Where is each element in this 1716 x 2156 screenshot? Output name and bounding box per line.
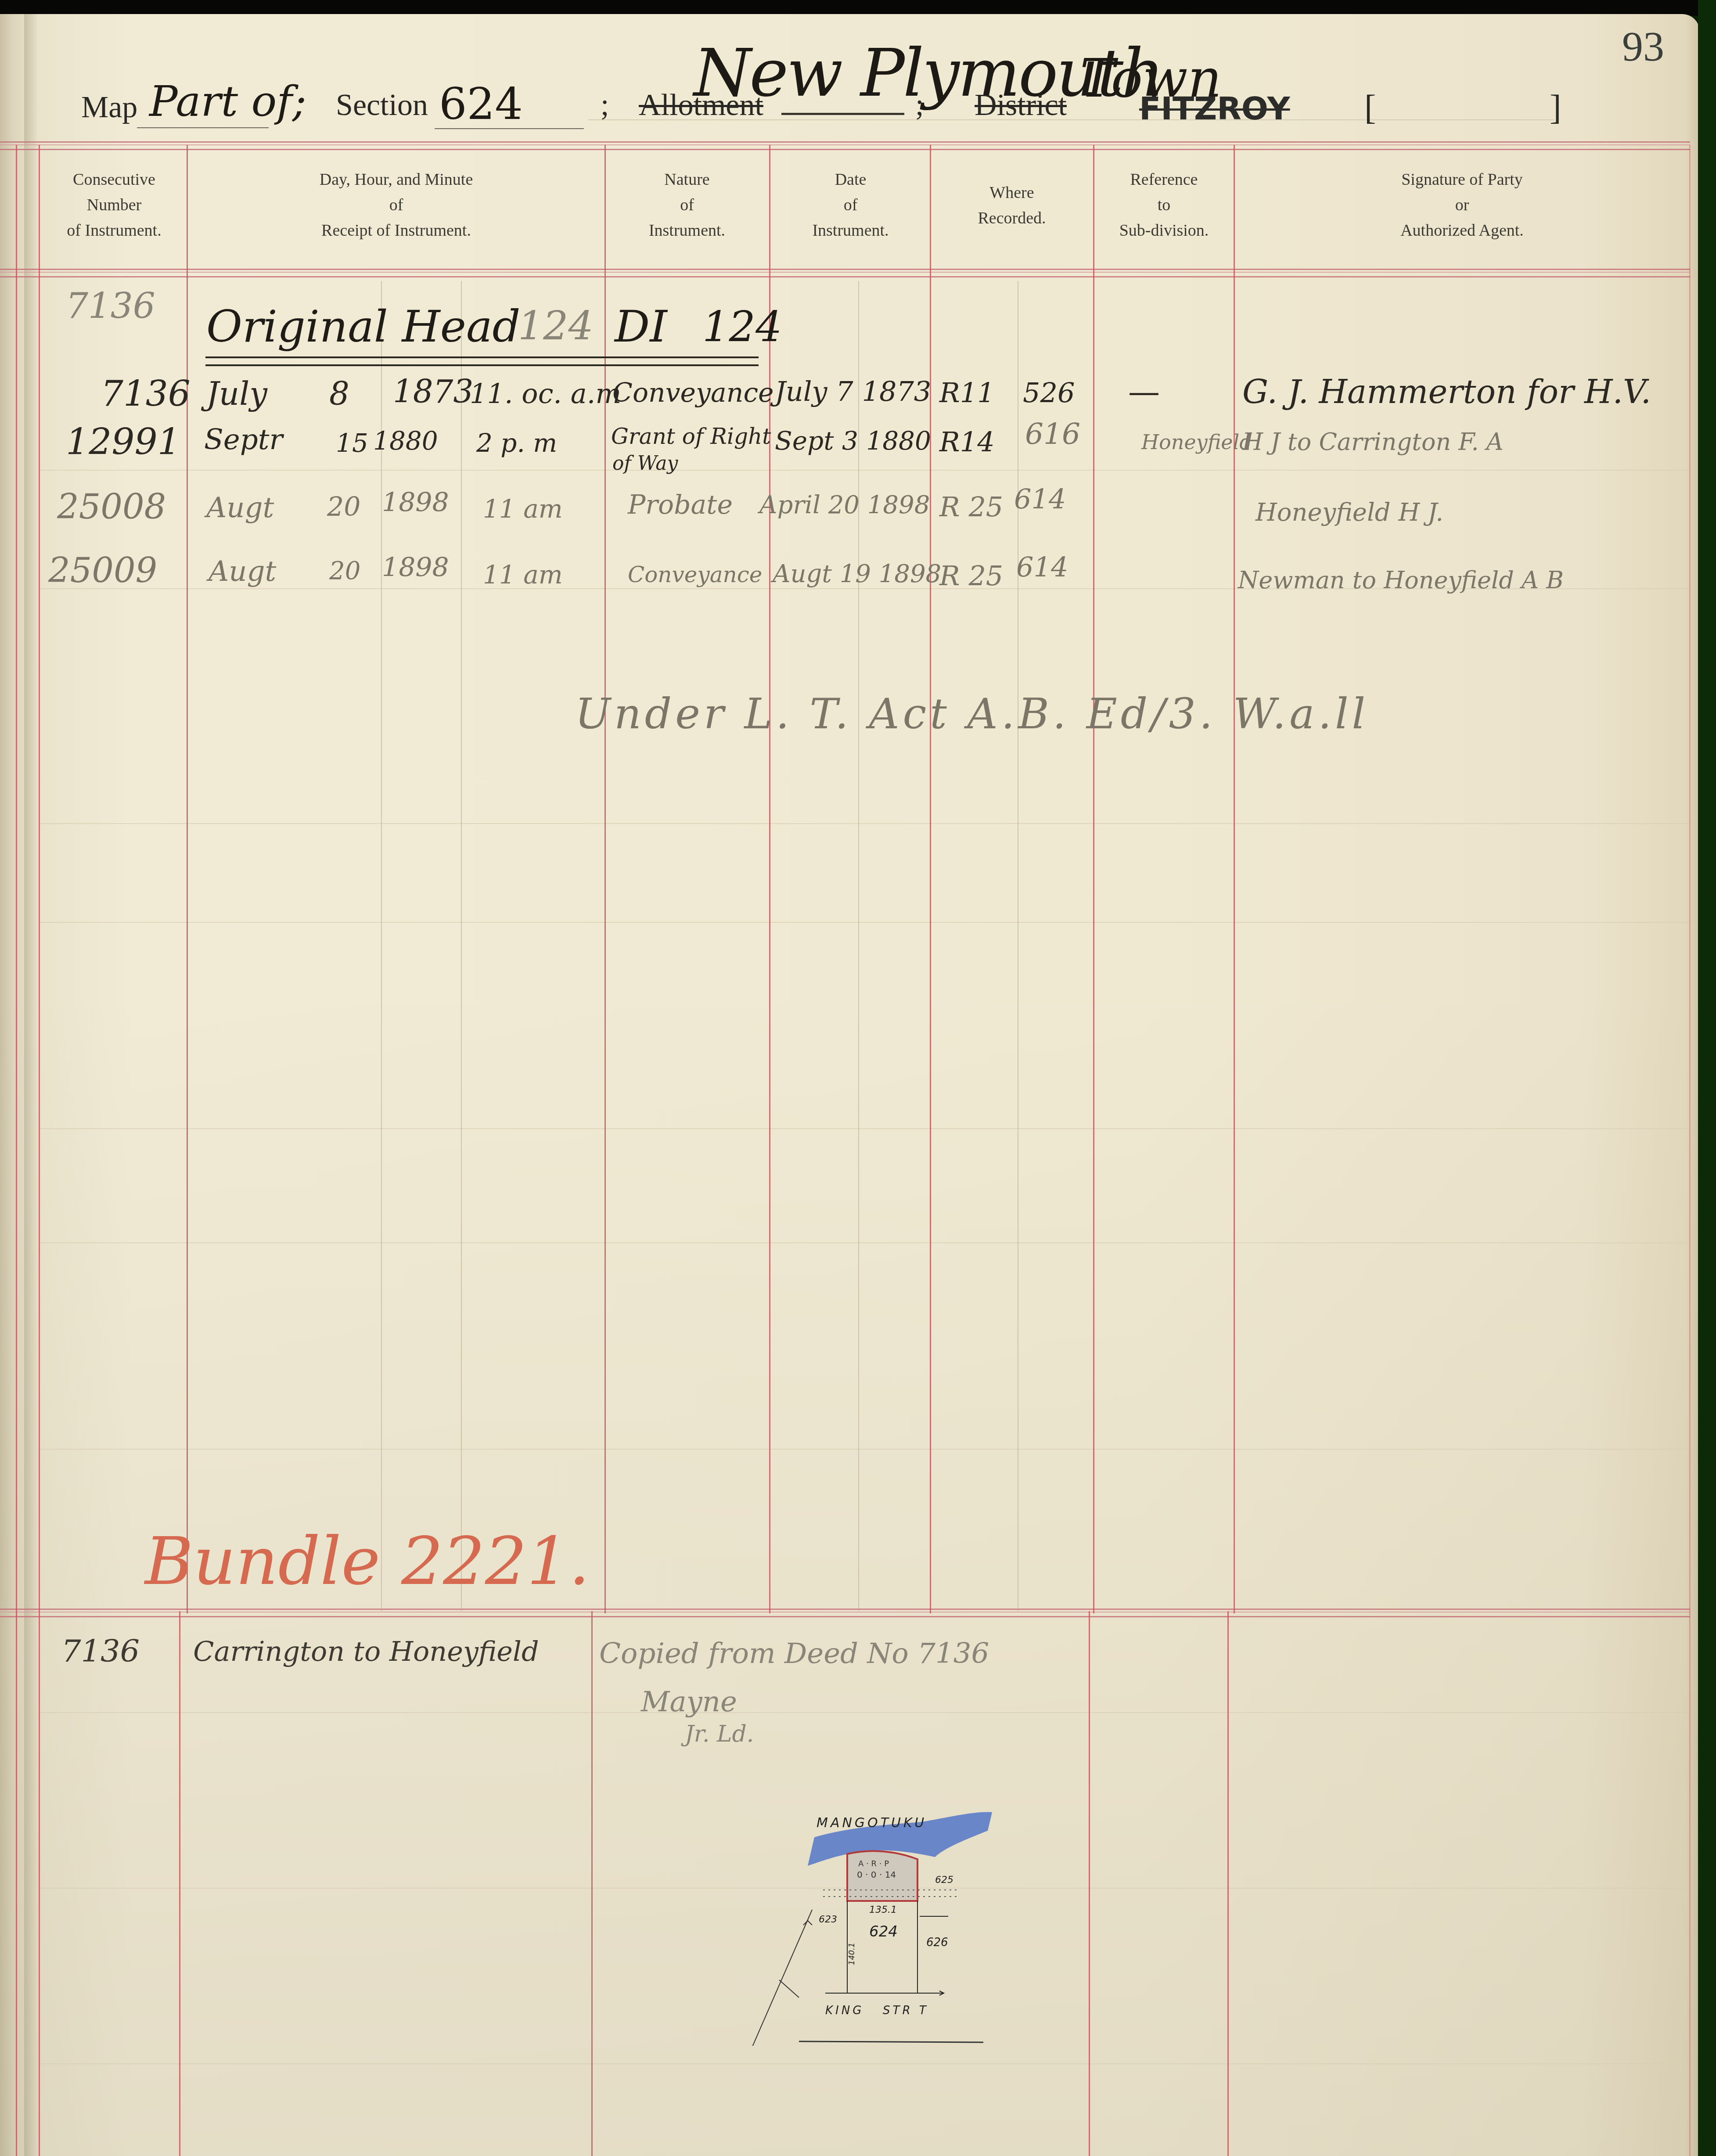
sep2: ; xyxy=(915,88,924,123)
district-value: FITZROY xyxy=(1139,90,1290,127)
map-area-label: P xyxy=(884,1859,889,1868)
row-rule xyxy=(40,823,1690,824)
scan-right-edge xyxy=(1698,0,1716,2156)
section-value: 624 xyxy=(439,78,523,130)
entry-number: 25009 xyxy=(48,551,157,590)
col-header-date: Date of Instrument. xyxy=(770,167,931,243)
binding-gutter xyxy=(24,14,38,2156)
act-note: Under L. T. Act A.B. Ed/3. W.a.ll xyxy=(575,689,1369,738)
entry-folio: 614 xyxy=(1014,483,1066,515)
row-rule xyxy=(40,1242,1690,1243)
margin-note: 7136 xyxy=(66,285,155,326)
col-header-line: Receipt of Instrument. xyxy=(189,218,604,243)
allotment-label: Allotment xyxy=(639,88,763,123)
col-header-line: Signature of Party xyxy=(1235,167,1689,192)
subcol-line xyxy=(858,281,859,1611)
sep1: ; xyxy=(601,88,609,123)
map-area-value: 0 xyxy=(871,1869,877,1880)
col-header-line: of xyxy=(770,192,931,218)
entry-day: 8 xyxy=(329,375,349,412)
col-header-line: of Instrument. xyxy=(42,218,187,243)
col-line-outer-left xyxy=(16,145,17,2156)
entry-number: 25008 xyxy=(57,487,166,527)
lower-number: 7136 xyxy=(61,1633,140,1669)
subcol-line xyxy=(381,281,382,1611)
bracket-open: [ xyxy=(1364,88,1376,128)
entry-nature: Conveyance xyxy=(628,562,762,587)
entry-year: 1898 xyxy=(382,487,449,518)
entry-day: 20 xyxy=(327,492,360,522)
col-header-line: Nature xyxy=(606,167,768,192)
col-line-4 xyxy=(930,145,931,1613)
col-header-line: Reference xyxy=(1094,167,1234,192)
entry-day: 15 xyxy=(336,428,368,458)
col-header-line: or xyxy=(1235,192,1689,218)
map-depth-label: 140.1 xyxy=(847,1943,856,1965)
map-street-label: KING STR T xyxy=(825,2004,929,2017)
subcol-line xyxy=(1018,281,1018,1611)
entry-nature: Conveyance xyxy=(612,378,774,408)
entry-signature: H J to Carrington F. A xyxy=(1242,428,1504,456)
entry-year: 1873 xyxy=(393,373,473,410)
col-line-5 xyxy=(1093,145,1094,1613)
entry-day: 20 xyxy=(329,557,360,585)
col-line-6 xyxy=(1234,145,1235,1613)
map-river-label: MANGOTUKU xyxy=(817,1815,927,1831)
original-head-pencil: 124 xyxy=(518,303,594,349)
map-sketch: MANGOTUKU A · R · P 0 · 0 · 14 625 135.1… xyxy=(737,1774,1010,2046)
col-header-line: of xyxy=(606,192,768,218)
original-head-ref: DI xyxy=(615,301,667,352)
entry-time: 11 am xyxy=(483,494,563,524)
original-head-underline xyxy=(205,356,759,366)
map-label: Map xyxy=(81,90,137,125)
entry-time: 11. oc. a.m xyxy=(470,378,621,410)
col-header-line: to xyxy=(1094,192,1234,218)
lower-copied-note: Copied from Deed No 7136 xyxy=(599,1638,989,1670)
entry-signature: Newman to Honeyfield A B xyxy=(1238,566,1564,594)
row-rule xyxy=(40,922,1690,923)
col-header-line: Instrument. xyxy=(606,218,768,243)
map-area-label: R xyxy=(871,1859,877,1868)
original-head-text: Original Head xyxy=(206,301,521,352)
col-header-reference: Reference to Sub-division. xyxy=(1094,167,1234,243)
col-header-line: Date xyxy=(770,167,931,192)
col-line-1 xyxy=(187,145,188,1613)
col-line-left xyxy=(39,145,40,2156)
entry-month: Septr xyxy=(204,424,283,456)
entry-date: April 20 1898 xyxy=(759,491,930,519)
col-header-receipt: Day, Hour, and Minute of Receipt of Inst… xyxy=(189,167,604,243)
row-rule xyxy=(40,2063,1690,2064)
col-header-line: Where xyxy=(931,180,1093,205)
col-line-right xyxy=(1689,145,1691,2156)
entry-folio: 614 xyxy=(1016,551,1068,583)
row-rule xyxy=(40,1128,1690,1129)
section-label: Section xyxy=(336,88,428,123)
col-header-line: Day, Hour, and Minute xyxy=(189,167,604,192)
entry-signature: Honeyfield H J. xyxy=(1256,498,1443,527)
lower-col-line-3 xyxy=(1089,1611,1090,2156)
entry-date: July 7 1873 xyxy=(775,375,931,407)
entry-reference: — xyxy=(1128,373,1160,410)
col-header-line: Recorded. xyxy=(931,205,1093,231)
lower-parties: Carrington to Honeyfield xyxy=(193,1635,539,1667)
col-line-3 xyxy=(769,145,770,1613)
entry-register: R14 xyxy=(939,426,995,458)
entry-time: 2 p. m xyxy=(476,428,557,458)
row-rule xyxy=(40,1449,1690,1450)
entry-year: 1880 xyxy=(373,426,438,456)
entry-nature-line2: of Way xyxy=(612,452,678,475)
lower-signature-suffix: Jr. Ld. xyxy=(685,1721,754,1747)
col-header-signature: Signature of Party or Authorized Agent. xyxy=(1235,167,1689,243)
col-header-line: Number xyxy=(42,192,187,218)
map-value: Part of; xyxy=(149,77,306,126)
section-underline xyxy=(435,128,584,129)
entry-signature: G. J. Hammerton for H.V. xyxy=(1242,373,1651,411)
entry-number: 7136 xyxy=(101,373,191,414)
entry-reference: Honeyfield xyxy=(1141,430,1252,454)
entry-register: R 25 xyxy=(939,491,1003,523)
map-lot-label: 624 xyxy=(869,1923,898,1940)
map-area-value: 0 xyxy=(857,1869,863,1880)
entry-folio: 526 xyxy=(1023,377,1075,409)
section-divider-rule xyxy=(0,1609,1690,1617)
entry-register: R 25 xyxy=(939,560,1003,592)
col-header-line: Instrument. xyxy=(770,218,931,243)
entry-register: R11 xyxy=(939,377,995,409)
entry-month: Augt xyxy=(209,555,276,588)
row-rule xyxy=(40,470,1690,471)
col-header-line: Authorized Agent. xyxy=(1235,218,1689,243)
lower-signature: Mayne xyxy=(641,1686,737,1718)
allotment-underline xyxy=(781,113,904,115)
entry-nature: Grant of Right xyxy=(611,424,771,449)
lower-col-line-2 xyxy=(591,1611,593,2156)
scan-top-edge xyxy=(0,0,1716,16)
map-area-labels: A · R · P xyxy=(858,1859,889,1868)
col-header-line: Sub-division. xyxy=(1094,218,1234,243)
row-rule xyxy=(40,1712,1690,1713)
entry-number: 12991 xyxy=(66,421,180,463)
map-area-values: 0 · 0 · 14 xyxy=(857,1869,896,1880)
entry-time: 11 am xyxy=(483,560,563,590)
bracket-close: ] xyxy=(1550,88,1561,128)
map-neighbor-623: 623 xyxy=(819,1914,837,1925)
bundle-note: Bundle 2221. xyxy=(145,1523,590,1600)
map-underline xyxy=(137,127,269,128)
district-label: District xyxy=(975,88,1067,123)
page-number: 93 xyxy=(1622,22,1664,71)
entry-date: Augt 19 1898 xyxy=(773,560,941,588)
map-neighbor-625: 625 xyxy=(935,1875,953,1886)
col-header-where: Where Recorded. xyxy=(931,180,1093,231)
lower-col-line-4 xyxy=(1227,1611,1229,2156)
entry-nature: Probate xyxy=(628,490,733,520)
col-header-nature: Nature of Instrument. xyxy=(606,167,768,243)
map-neighbor-626: 626 xyxy=(926,1936,948,1949)
entry-year: 1898 xyxy=(382,552,449,583)
entry-folio: 616 xyxy=(1025,417,1080,451)
map-area-value: 14 xyxy=(885,1869,896,1880)
col-header-line: of xyxy=(189,192,604,218)
header-top-rule xyxy=(0,141,1690,150)
map-width-label: 135.1 xyxy=(869,1904,897,1915)
subcol-line xyxy=(461,281,462,1611)
entry-month: July xyxy=(206,375,267,412)
entry-month: Augt xyxy=(206,492,274,524)
col-header-number: Consecutive Number of Instrument. xyxy=(42,167,187,243)
original-head-number: 124 xyxy=(702,303,782,351)
map-area-label: A xyxy=(858,1859,863,1868)
entry-date: Sept 3 1880 xyxy=(775,426,931,456)
lower-col-line-1 xyxy=(179,1611,180,2156)
header-bottom-rule xyxy=(0,269,1690,277)
col-header-line: Consecutive xyxy=(42,167,187,192)
